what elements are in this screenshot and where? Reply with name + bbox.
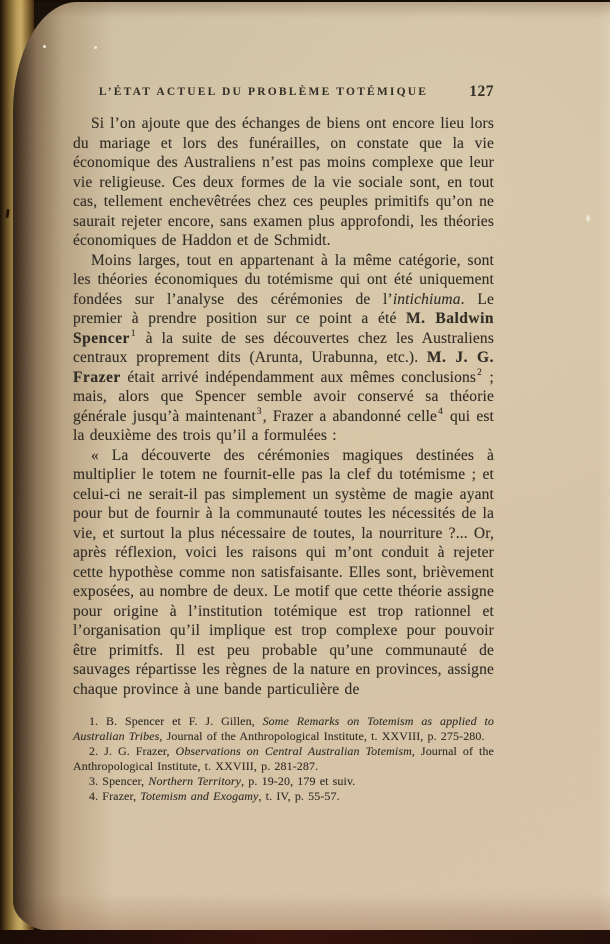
text-run: « La découverte des cérémonies magiques … [73,447,494,698]
text-run: intichiuma [393,291,461,308]
footnote-section: 1. B. Spencer et F. J. Gillen, Some Rema… [73,714,494,804]
text-run: 1. B. Spencer et F. J. Gillen, [89,714,263,728]
paragraph: « La découverte des cérémonies magiques … [73,446,494,700]
paragraph: Moins larges, tout en appartenant à la m… [73,251,494,446]
text-run: 3. Spencer, [89,774,148,788]
text-block: L’ÉTAT ACTUEL DU PROBLÈME TOTÉMIQUE 127 … [73,86,494,804]
book-page: L’ÉTAT ACTUEL DU PROBLÈME TOTÉMIQUE 127 … [13,2,610,931]
footnote: 2. J. G. Frazer, Observations on Central… [73,744,494,774]
text-run: Totemism and Exogamy [140,789,258,803]
page-number: 127 [469,83,494,101]
footnote-reference: 4 [437,407,444,417]
book-scan: L’ÉTAT ACTUEL DU PROBLÈME TOTÉMIQUE 127 … [0,0,610,944]
paragraph: Si l’on ajoute que des échanges de biens… [73,114,494,251]
text-run: , Journal of the Anthropological Institu… [159,729,484,743]
footnote-reference: 2 [476,368,483,378]
body-text: Si l’on ajoute que des échanges de biens… [73,114,494,699]
text-run: , p. 19-20, 179 et suiv. [241,774,355,788]
text-run: , Frazer a abandonné celle [263,408,437,425]
footnote: 1. B. Spencer et F. J. Gillen, Some Rema… [73,714,494,744]
text-run: , t. IV, p. 55-57. [258,789,339,803]
footnote-reference: 3 [256,407,263,417]
text-run: Northern Territory [148,774,241,788]
running-title: L’ÉTAT ACTUEL DU PROBLÈME TOTÉMIQUE [73,86,454,98]
text-run: était arrivé indépendamment aux mêmes co… [121,369,476,386]
bottom-shadow-band [0,930,610,944]
footnote: 3. Spencer, Northern Territory, p. 19-20… [73,774,494,789]
page-header: L’ÉTAT ACTUEL DU PROBLÈME TOTÉMIQUE 127 [73,86,494,104]
text-run: 2. J. G. Frazer, [89,744,176,758]
footnote-reference: 1 [130,329,137,339]
text-run: Si l’on ajoute que des échanges de biens… [73,115,494,249]
text-run: Observations on Central Australian Totem… [176,744,412,758]
footnote: 4. Frazer, Totemism and Exogamy, t. IV, … [73,789,494,804]
text-run: 4. Frazer, [89,789,140,803]
